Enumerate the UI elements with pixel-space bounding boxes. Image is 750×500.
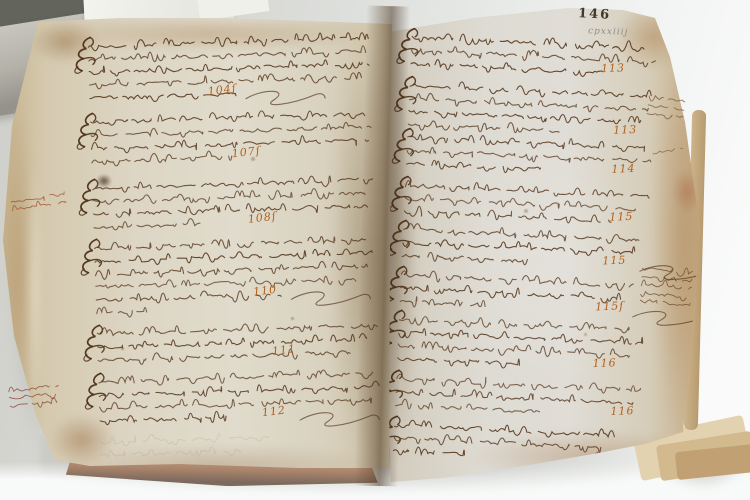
bleedthrough-script-line: [101, 444, 241, 464]
manuscript-entry: 107ſ: [77, 106, 395, 176]
photo-open-manuscript: 113113114115115115ſ116116147 104ſ107ſ108…: [0, 0, 750, 500]
manuscript-entry: 104ſ: [74, 30, 392, 113]
entry-number: 116: [593, 356, 618, 370]
entry-number: 114: [611, 162, 636, 176]
left-page-text-block: 104ſ107ſ108ſ110111112: [74, 26, 400, 476]
entry-number: 115: [602, 254, 627, 268]
manuscript-page-left: 104ſ107ſ108ſ110111112: [0, 16, 392, 486]
flourish-swash: [245, 88, 326, 111]
script-line: [92, 150, 232, 170]
entry-number: 112: [262, 404, 287, 420]
manuscript-entry: 110: [80, 232, 399, 328]
right-margin-note-upper: [646, 90, 686, 125]
folio-number: 146: [578, 6, 612, 23]
entry-number: 116: [610, 404, 635, 418]
entry-number: 107ſ: [231, 144, 261, 160]
entry-number: 115ſ: [595, 299, 625, 313]
entry-number: 108ſ: [247, 209, 277, 225]
script-line: [100, 410, 226, 430]
marginal-script-line: [640, 294, 691, 309]
script-line: [94, 217, 200, 236]
script-line: [393, 444, 467, 463]
entry-number: 113: [601, 61, 626, 75]
entry-number: 115: [609, 210, 634, 224]
entry-number: 111: [271, 342, 296, 358]
entry-number: 113: [613, 123, 638, 137]
right-page-text-block: 113113114115115115ſ116116147: [378, 20, 675, 492]
manuscript-page-right: 113113114115115115ſ116116147: [383, 2, 723, 488]
left-margin-note-lower: [8, 379, 61, 415]
manuscript-entry: 111: [83, 318, 400, 375]
manuscript-entry: 108ſ: [79, 172, 397, 242]
script-line: [97, 305, 147, 323]
right-margin-note-mid: [640, 262, 693, 314]
script-line: [400, 294, 486, 314]
pencil-foliation: cpxxiiij: [588, 26, 629, 37]
